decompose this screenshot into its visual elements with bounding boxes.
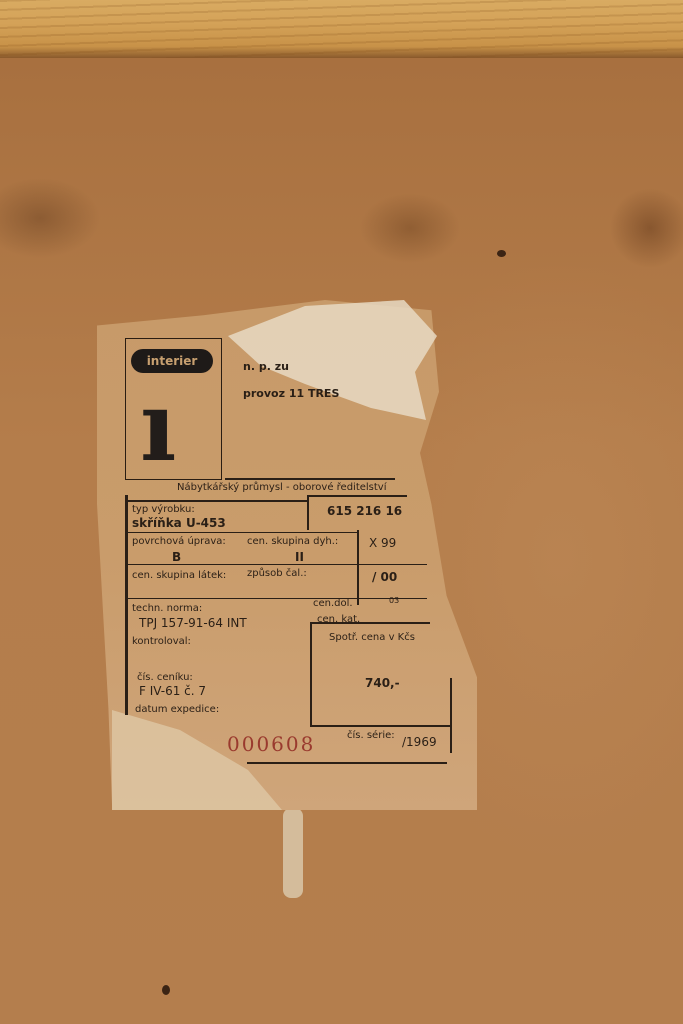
stain-spot	[162, 985, 170, 995]
series-label: čís. série:	[347, 730, 395, 741]
dispatch-label: datum expedice:	[135, 704, 219, 715]
retail-price-label: Spotř. cena v Kčs	[329, 632, 415, 643]
table-border	[450, 678, 452, 753]
veneer-group-value: II	[295, 550, 304, 564]
standard-label: techn. norma:	[132, 603, 202, 614]
veneer-code: X 99	[369, 536, 396, 550]
finish-label: povrchová úprava:	[132, 536, 226, 547]
retail-price-value: 740,-	[365, 676, 400, 690]
table-border	[127, 564, 427, 565]
table-border	[127, 500, 307, 502]
plant-name: provoz 11 TRES	[243, 387, 339, 400]
series-value: /1969	[402, 735, 437, 749]
fabric-group-label: cen. skupina látek:	[132, 570, 226, 581]
company-name: n. p. zu	[243, 360, 289, 373]
upholstery-code: / 00	[372, 570, 397, 584]
product-code: 615 216 16	[327, 504, 402, 518]
divider	[225, 478, 395, 480]
table-border	[307, 495, 309, 530]
table-border	[310, 622, 312, 727]
table-border	[125, 495, 128, 715]
veneer-group-label: cen. skupina dyh.:	[247, 536, 338, 547]
industry-line: Nábytkářský průmysl - oborové ředitelstv…	[177, 482, 387, 493]
brand-glyph-icon: ı	[140, 379, 176, 475]
table-border	[247, 762, 447, 764]
furniture-label: interier ı n. p. zu provoz 11 TRES Nábyt…	[97, 300, 477, 810]
inspector-label: kontroloval:	[132, 636, 191, 647]
standard-value: TPJ 157-91-64 INT	[139, 616, 247, 630]
table-border	[310, 725, 450, 727]
table-border	[357, 530, 359, 605]
wooden-frame-edge	[0, 0, 683, 58]
table-border	[127, 532, 357, 533]
pricelist-label: čís. ceníku:	[137, 672, 193, 683]
finish-value: B	[172, 550, 181, 564]
product-type-value: skříňka U-453	[132, 516, 226, 530]
brand-logo: interier ı	[125, 338, 222, 480]
price-supplement-value: 03	[389, 596, 399, 605]
serial-stamp: 000608	[227, 732, 315, 756]
pricelist-value: F IV-61 č. 7	[139, 684, 206, 698]
table-border	[307, 495, 407, 497]
catalog-label: cen. kat.	[317, 614, 360, 625]
upholstery-label: způsob čal.:	[247, 568, 307, 579]
glue-drip	[283, 808, 303, 898]
stain-spot	[497, 250, 506, 257]
product-type-label: typ výrobku:	[132, 504, 195, 515]
price-supplement-label: cen.dol.	[313, 598, 353, 609]
table-border	[127, 598, 427, 599]
